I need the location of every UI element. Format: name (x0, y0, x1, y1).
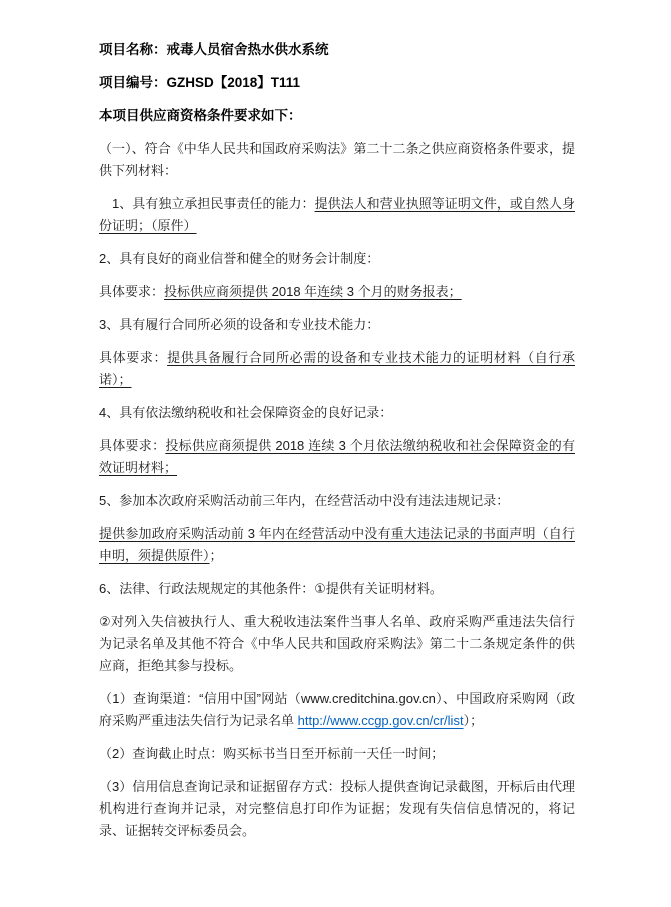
item-5-no-violations-text: 5、参加本次政府采购活动前三年内，在经营活动中没有违法违规记录： (99, 493, 509, 508)
item-2-requirement-text: 投标供应商须提供 2018 年连续 3 个月的财务报表； (164, 284, 462, 299)
item-6-dishonesty-clause-text: ②对列入失信被执行人、重大税收违法案件当事人名单、政府采购严重违法失信行为记录名… (99, 614, 575, 673)
item-1-civil-liability: 1、具有独立承担民事责任的能力：提供法人和营业执照等证明文件，或自然人身份证明；… (99, 193, 575, 237)
project-name: 项目名称：戒毒人员宿舍热水供水系统 (99, 39, 575, 61)
ccgp-link[interactable]: http://www.ccgp.gov.cn/cr/list (298, 713, 464, 728)
credit-query-channel: （1）查询渠道：“信用中国”网站（www.creditchina.gov.cn）… (99, 688, 575, 732)
credit-query-evidence: （3）信用信息查询记录和证据留存方式：投标人提供查询记录截图，开标后由代理机构进… (99, 776, 575, 842)
item-3-requirement-text: 具体要求： (99, 350, 167, 365)
document-body: 项目名称：戒毒人员宿舍热水供水系统项目编号：GZHSD【2018】T111本项目… (99, 39, 575, 842)
project-number: 项目编号：GZHSD【2018】T111 (99, 72, 575, 94)
credit-query-deadline: （2）查询截止时点：购买标书当日至开标前一天任一时间； (99, 743, 575, 765)
credit-query-evidence-text: （3）信用信息查询记录和证据留存方式：投标人提供查询记录截图，开标后由代理机构进… (99, 779, 575, 838)
item-5-requirement-text: ； (210, 548, 223, 563)
item-2-requirement: 具体要求：投标供应商须提供 2018 年连续 3 个月的财务报表； (99, 281, 575, 303)
item-3-requirement-text: 提供具备履行合同所必需的设备和专业技术能力的证明材料（自行承诺）； (99, 350, 575, 387)
item-3-equipment-capability-text: 3、具有履行合同所必须的设备和专业技术能力： (99, 317, 379, 332)
document-page: 项目名称：戒毒人员宿舍热水供水系统项目编号：GZHSD【2018】T111本项目… (0, 0, 671, 907)
item-6-other-conditions: 6、法律、行政法规规定的其他条件：①提供有关证明材料。 (99, 578, 575, 600)
clause-1-intro-text: （一）、符合《中华人民共和国政府采购法》第二十二条之供应商资格条件要求，提供下列… (99, 141, 575, 178)
project-number-text: 项目编号：GZHSD【2018】T111 (99, 75, 300, 90)
item-5-requirement: 提供参加政府采购活动前 3 年内在经营活动中没有重大违法记录的书面声明（自行申明… (99, 523, 575, 567)
qualification-requirements-intro-text: 本项目供应商资格条件要求如下： (99, 108, 302, 123)
clause-1-intro: （一）、符合《中华人民共和国政府采购法》第二十二条之供应商资格条件要求，提供下列… (99, 138, 575, 182)
item-4-requirement: 具体要求：投标供应商须提供 2018 连续 3 个月依法缴纳税收和社会保障资金的… (99, 435, 575, 479)
item-2-business-reputation: 2、具有良好的商业信誉和健全的财务会计制度： (99, 248, 575, 270)
item-4-tax-social-security-text: 4、具有依法缴纳税收和社会保障资金的良好记录： (99, 405, 392, 420)
item-5-no-violations: 5、参加本次政府采购活动前三年内，在经营活动中没有违法违规记录： (99, 490, 575, 512)
qualification-requirements-intro: 本项目供应商资格条件要求如下： (99, 105, 575, 127)
item-6-other-conditions-text: 6、法律、行政法规规定的其他条件：①提供有关证明材料。 (99, 581, 443, 596)
item-4-requirement-text: 具体要求： (99, 438, 165, 453)
credit-query-deadline-text: （2）查询截止时点：购买标书当日至开标前一天任一时间； (99, 746, 444, 761)
item-2-business-reputation-text: 2、具有良好的商业信誉和健全的财务会计制度： (99, 251, 379, 266)
item-6-dishonesty-clause: ②对列入失信被执行人、重大税收违法案件当事人名单、政府采购严重违法失信行为记录名… (99, 611, 575, 677)
credit-query-channel-text: ）； (464, 713, 484, 728)
item-3-equipment-capability: 3、具有履行合同所必须的设备和专业技术能力： (99, 314, 575, 336)
item-3-requirement: 具体要求：提供具备履行合同所必需的设备和专业技术能力的证明材料（自行承诺）； (99, 347, 575, 391)
item-2-requirement-text: 具体要求： (99, 284, 164, 299)
item-4-tax-social-security: 4、具有依法缴纳税收和社会保障资金的良好记录： (99, 402, 575, 424)
project-name-text: 项目名称：戒毒人员宿舍热水供水系统 (99, 42, 329, 57)
item-4-requirement-text: 投标供应商须提供 2018 连续 3 个月依法缴纳税收和社会保障资金的有效证明材… (99, 438, 575, 475)
item-1-civil-liability-text: 1、具有独立承担民事责任的能力： (112, 196, 315, 211)
item-5-requirement-text: 提供参加政府采购活动前 3 年内在经营活动中没有重大违法记录的书面声明（自行申明… (99, 526, 575, 563)
